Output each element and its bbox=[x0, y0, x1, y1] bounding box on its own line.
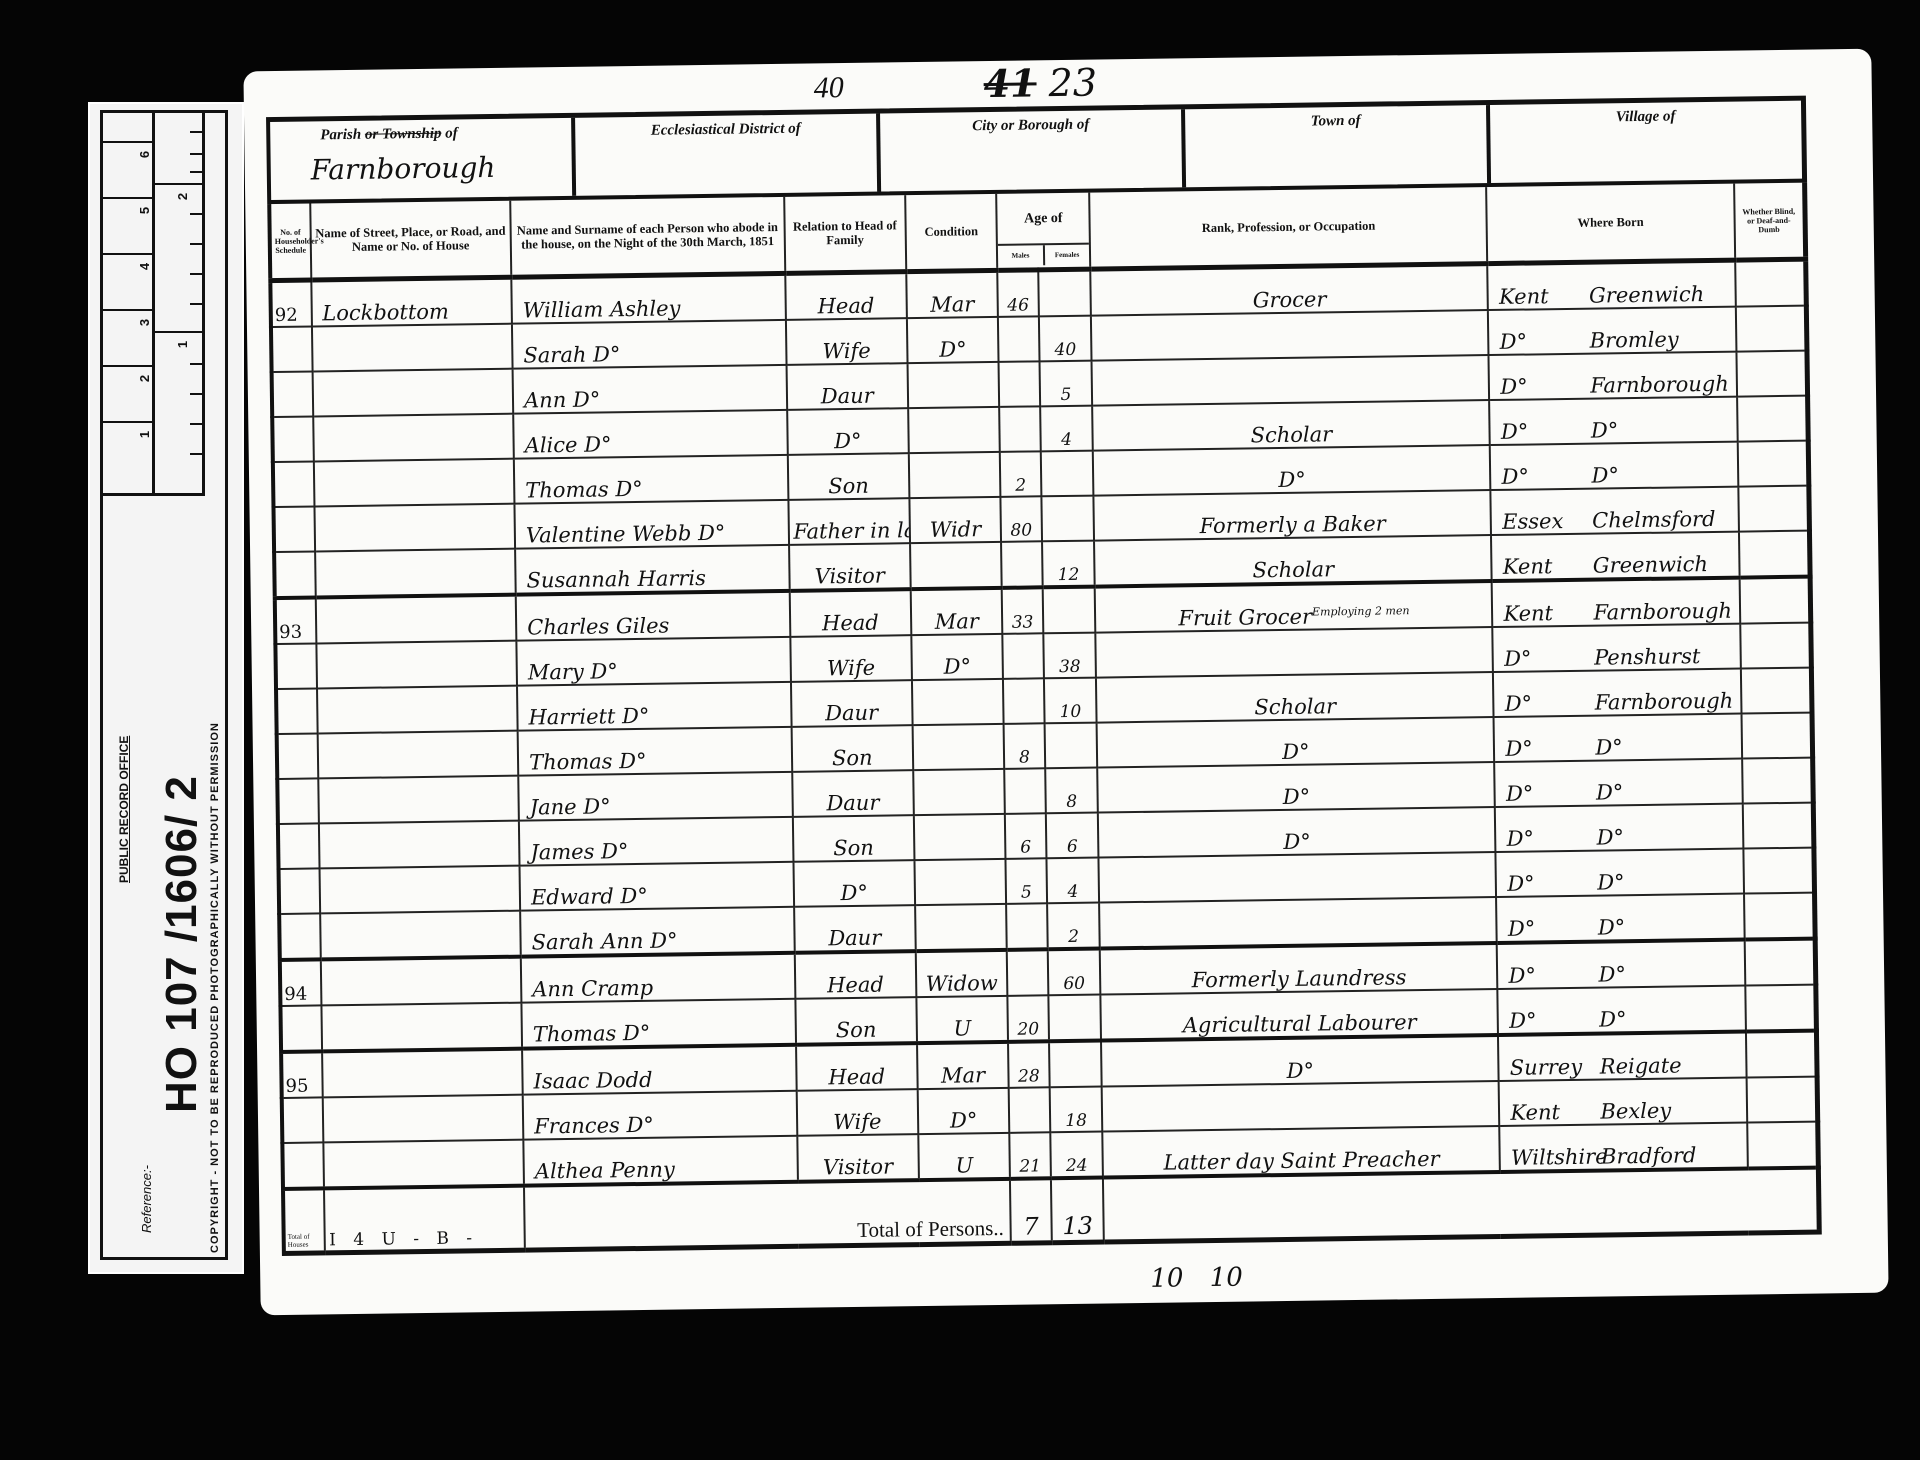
row-street bbox=[317, 686, 518, 734]
row-blind bbox=[1735, 306, 1807, 352]
row-street bbox=[320, 911, 521, 960]
row-name: Jane D° bbox=[518, 772, 792, 821]
scale-label: 6 bbox=[137, 151, 152, 158]
row-occupation bbox=[1091, 310, 1489, 361]
row-name: Valentine Webb D° bbox=[514, 500, 788, 549]
row-where-born: D°D° bbox=[1489, 397, 1737, 445]
born-place: D° bbox=[1598, 962, 1626, 986]
born-county: Kent bbox=[1503, 601, 1593, 626]
row-condition bbox=[909, 452, 1001, 498]
village-label: Village of bbox=[1490, 107, 1801, 128]
row-blind bbox=[1746, 1077, 1818, 1123]
ecclesiastical-cell: Ecclesiastical District of bbox=[575, 114, 881, 196]
born-county: D° bbox=[1507, 871, 1597, 896]
row-occupation bbox=[1099, 852, 1497, 903]
born-county: D° bbox=[1508, 916, 1598, 941]
row-occupation: Agricultural Labourer bbox=[1101, 989, 1499, 1041]
born-county: Kent bbox=[1510, 1100, 1600, 1125]
row-schedule bbox=[280, 1005, 321, 1052]
col-condition: Condition bbox=[905, 194, 997, 272]
row-schedule bbox=[272, 416, 313, 462]
born-county: Kent bbox=[1499, 284, 1589, 309]
row-relation: Son bbox=[792, 815, 914, 862]
row-condition bbox=[914, 814, 1006, 860]
row-occupation: Formerly a Baker bbox=[1094, 490, 1492, 541]
reference-code: HO 107 /1606/ 2 bbox=[157, 775, 207, 1113]
col-age: Age of Males Females bbox=[996, 193, 1090, 271]
village-cell: Village of bbox=[1490, 101, 1802, 183]
row-relation: Son bbox=[787, 453, 909, 500]
row-relation: Head bbox=[794, 951, 916, 999]
row-occupation bbox=[1102, 1081, 1500, 1132]
row-condition bbox=[913, 724, 1005, 770]
parish-label-struck: or Township bbox=[365, 126, 442, 143]
row-street bbox=[311, 324, 512, 372]
row-female-age bbox=[1041, 496, 1094, 542]
cm-scale: 6 5 4 3 2 1 bbox=[103, 113, 155, 493]
row-occupation: Formerly Laundress bbox=[1100, 943, 1498, 995]
row-relation: Daur bbox=[786, 363, 908, 410]
ecclesiastical-label: Ecclesiastical District of bbox=[575, 120, 876, 141]
scale-label: 5 bbox=[137, 207, 152, 214]
row-where-born: WiltshireBradford bbox=[1500, 1123, 1748, 1172]
parish-label-of: of bbox=[445, 125, 458, 141]
row-schedule bbox=[278, 823, 319, 869]
col-street: Name of Street, Place, or Road, and Name… bbox=[310, 201, 512, 280]
occupation-note: Employing 2 men bbox=[1312, 604, 1410, 618]
born-place: D° bbox=[1591, 418, 1619, 442]
row-female-age: 6 bbox=[1046, 813, 1099, 859]
born-place: D° bbox=[1596, 780, 1624, 804]
occupation-text: Latter day Saint Preacher bbox=[1163, 1147, 1439, 1175]
row-name: Susannah Harris bbox=[515, 545, 789, 595]
row-name: Althea Penny bbox=[523, 1136, 797, 1186]
row-condition: Mar bbox=[917, 1042, 1009, 1089]
col-name: Name and Surname of each Person who abod… bbox=[510, 197, 785, 277]
total-males: 7 bbox=[1010, 1178, 1051, 1243]
row-blind bbox=[1736, 351, 1808, 397]
born-county: Kent bbox=[1503, 554, 1593, 579]
row-relation: Son bbox=[795, 997, 917, 1045]
row-condition bbox=[915, 859, 1007, 905]
col-occupation: Rank, Profession, or Occupation bbox=[1090, 187, 1488, 269]
row-relation: Daur bbox=[794, 905, 916, 953]
born-county: D° bbox=[1505, 736, 1595, 761]
occupation-text: D° bbox=[1283, 785, 1311, 809]
row-female-age: 8 bbox=[1045, 768, 1098, 814]
row-relation: Head bbox=[785, 272, 907, 320]
row-male-age: 21 bbox=[1009, 1132, 1050, 1179]
row-where-born: SurreyReigate bbox=[1498, 1032, 1746, 1081]
born-county: D° bbox=[1500, 374, 1590, 399]
row-condition bbox=[915, 904, 1007, 951]
row-occupation: Scholar bbox=[1096, 672, 1494, 723]
houses-label: Total of Houses bbox=[283, 1188, 324, 1253]
tally-marks: 10 10 bbox=[1150, 1263, 1243, 1294]
born-county: D° bbox=[1501, 464, 1591, 489]
row-occupation: D° bbox=[1098, 762, 1496, 813]
row-where-born: KentFarnborough bbox=[1492, 578, 1740, 627]
born-place: Penshurst bbox=[1594, 644, 1701, 669]
row-street bbox=[315, 549, 516, 598]
row-where-born: D°D° bbox=[1498, 986, 1746, 1035]
row-female-age: 2 bbox=[1047, 903, 1100, 950]
row-name: Edward D° bbox=[520, 862, 794, 911]
born-county: D° bbox=[1500, 329, 1590, 354]
row-street bbox=[318, 776, 519, 824]
row-blind bbox=[1738, 531, 1810, 578]
row-schedule bbox=[272, 371, 313, 417]
row-male-age bbox=[1009, 1087, 1050, 1133]
row-street: Lockbottom bbox=[311, 277, 512, 326]
row-name: Sarah D° bbox=[512, 320, 786, 369]
census-table: No. of Householder's Schedule Name of St… bbox=[267, 183, 1822, 1256]
row-name: Charles Giles bbox=[516, 591, 790, 641]
row-male-age: 80 bbox=[1001, 496, 1042, 542]
row-street bbox=[316, 641, 517, 689]
row-male-age: 28 bbox=[1008, 1041, 1049, 1088]
row-occupation: Scholar bbox=[1094, 535, 1492, 587]
row-where-born: KentGreenwich bbox=[1491, 532, 1739, 581]
born-county: D° bbox=[1508, 963, 1598, 988]
occupation-text: Formerly Laundress bbox=[1192, 965, 1407, 992]
row-occupation bbox=[1092, 355, 1490, 406]
occupation-text: Agricultural Labourer bbox=[1183, 1010, 1417, 1037]
scale-label: 1 bbox=[175, 341, 190, 348]
row-schedule bbox=[279, 868, 320, 914]
row-schedule bbox=[282, 1097, 323, 1143]
row-schedule bbox=[282, 1142, 323, 1189]
parish-label: Parish bbox=[320, 127, 361, 144]
row-where-born: D°D° bbox=[1490, 442, 1738, 490]
row-street bbox=[313, 414, 514, 462]
born-county: D° bbox=[1501, 419, 1591, 444]
row-street bbox=[317, 731, 518, 779]
parish-cell: Parish or Township of Farnborough bbox=[270, 118, 576, 200]
row-condition bbox=[908, 407, 1000, 453]
row-male-age: 8 bbox=[1004, 723, 1045, 769]
occupation-text: D° bbox=[1286, 1059, 1314, 1083]
row-street bbox=[322, 1095, 523, 1143]
row-condition: D° bbox=[907, 317, 999, 363]
born-place: D° bbox=[1595, 735, 1623, 759]
reference-strip: 6 5 4 3 2 1 2 1 PUBLIC RECORD OFFICE Ref… bbox=[88, 102, 244, 1274]
born-place: D° bbox=[1596, 825, 1624, 849]
row-relation: D° bbox=[793, 860, 915, 907]
row-condition: Mar bbox=[911, 588, 1003, 635]
row-schedule bbox=[275, 643, 316, 689]
occupation-text: Formerly a Baker bbox=[1199, 512, 1385, 539]
inch-scale: 2 1 bbox=[155, 113, 205, 493]
row-blind bbox=[1743, 848, 1815, 894]
city-label: City or Borough of bbox=[880, 115, 1181, 136]
row-where-born: D°D° bbox=[1495, 759, 1743, 807]
row-female-age: 4 bbox=[1040, 406, 1093, 452]
col-blind: Whether Blind, or Deaf-and-Dumb bbox=[1734, 183, 1806, 260]
row-occupation: Grocer bbox=[1091, 264, 1489, 316]
row-name: Alice D° bbox=[513, 410, 787, 459]
row-blind bbox=[1742, 758, 1814, 804]
born-place: Greenwich bbox=[1593, 552, 1708, 578]
parish-value: Farnborough bbox=[311, 151, 496, 187]
census-rows: 92LockbottomWilliam AshleyHeadMar46Groce… bbox=[270, 259, 1818, 1189]
row-occupation: D° bbox=[1097, 717, 1495, 768]
row-relation: Head bbox=[796, 1043, 918, 1091]
folio-struck: 41 bbox=[983, 60, 1037, 106]
row-female-age: 18 bbox=[1049, 1087, 1102, 1133]
row-name: Frances D° bbox=[523, 1091, 797, 1140]
row-relation: Head bbox=[789, 589, 911, 637]
row-blind bbox=[1747, 1122, 1819, 1169]
row-blind bbox=[1740, 668, 1812, 714]
row-male-age bbox=[998, 316, 1039, 362]
row-male-age bbox=[1004, 768, 1045, 814]
row-blind bbox=[1735, 259, 1807, 306]
born-county: Surrey bbox=[1510, 1055, 1600, 1080]
row-occupation: Fruit GrocerEmploying 2 men bbox=[1095, 581, 1493, 633]
row-name: Harriett D° bbox=[517, 682, 791, 731]
occupation-text: Fruit Grocer bbox=[1178, 605, 1312, 631]
born-place: Greenwich bbox=[1589, 282, 1704, 308]
row-female-age: 12 bbox=[1042, 541, 1095, 588]
row-occupation: Scholar bbox=[1093, 400, 1491, 451]
occupation-text: Grocer bbox=[1253, 287, 1327, 312]
row-condition: U bbox=[918, 1133, 1010, 1180]
row-condition bbox=[913, 769, 1005, 815]
row-name: Ann D° bbox=[513, 365, 787, 414]
row-condition bbox=[910, 542, 1002, 589]
row-condition: U bbox=[916, 996, 1008, 1043]
houses-value: I 4 U - B - bbox=[323, 1186, 524, 1253]
row-female-age bbox=[1042, 587, 1095, 634]
row-street bbox=[312, 369, 513, 417]
row-schedule bbox=[277, 733, 318, 779]
row-blind bbox=[1745, 985, 1817, 1032]
row-blind bbox=[1744, 893, 1816, 940]
born-place: Bradford bbox=[1601, 1143, 1697, 1168]
row-schedule: 92 bbox=[270, 280, 311, 327]
row-condition: Mar bbox=[906, 270, 998, 318]
born-county: D° bbox=[1509, 1008, 1599, 1033]
born-county: D° bbox=[1506, 826, 1596, 851]
row-street bbox=[322, 1049, 523, 1098]
copyright-notice: COPYRIGHT - NOT TO BE REPRODUCED PHOTOGR… bbox=[209, 722, 221, 1253]
occupation-text: Scholar bbox=[1254, 694, 1336, 719]
row-where-born: KentBexley bbox=[1499, 1078, 1747, 1126]
row-female-age bbox=[1038, 269, 1091, 316]
row-female-age: 5 bbox=[1039, 361, 1092, 407]
row-name: Isaac Dodd bbox=[522, 1045, 796, 1095]
row-condition bbox=[908, 362, 1000, 408]
row-female-age: 10 bbox=[1044, 678, 1097, 724]
occupation-text: D° bbox=[1278, 468, 1306, 492]
row-street bbox=[313, 459, 514, 507]
born-county: Wiltshire bbox=[1511, 1145, 1601, 1170]
row-female-age: 60 bbox=[1047, 949, 1100, 996]
col-females: Females bbox=[1045, 245, 1090, 266]
city-cell: City or Borough of bbox=[880, 109, 1186, 191]
row-street bbox=[320, 957, 521, 1006]
row-male-age bbox=[1001, 541, 1042, 588]
row-blind bbox=[1741, 713, 1813, 759]
tally-females: 10 bbox=[1209, 1263, 1243, 1293]
scale-label: 4 bbox=[137, 263, 152, 270]
row-female-age: 38 bbox=[1043, 633, 1096, 679]
row-relation: Daur bbox=[790, 680, 912, 727]
row-name: Thomas D° bbox=[521, 999, 795, 1049]
row-occupation: D° bbox=[1101, 1035, 1499, 1087]
row-female-age bbox=[1049, 1041, 1102, 1088]
born-place: Farnborough bbox=[1590, 372, 1729, 398]
row-where-born: D°Farnborough bbox=[1493, 669, 1741, 717]
row-where-born: D°D° bbox=[1496, 894, 1744, 943]
reference-label: Reference:- bbox=[139, 1165, 154, 1233]
row-female-age bbox=[1044, 723, 1097, 769]
row-male-age: 5 bbox=[1006, 858, 1047, 904]
scale-label: 2 bbox=[175, 193, 190, 200]
row-street bbox=[319, 866, 520, 914]
row-male-age: 6 bbox=[1005, 813, 1046, 859]
born-place: Farnborough bbox=[1595, 689, 1734, 715]
row-occupation: D° bbox=[1093, 445, 1491, 496]
row-condition: D° bbox=[918, 1088, 1010, 1134]
row-relation: Wife bbox=[796, 1089, 918, 1136]
row-blind bbox=[1745, 1031, 1817, 1078]
born-county: D° bbox=[1506, 781, 1596, 806]
row-condition: D° bbox=[911, 634, 1003, 680]
row-male-age bbox=[999, 361, 1040, 407]
folio-mark: 40 bbox=[813, 71, 843, 105]
row-where-born: D°D° bbox=[1494, 714, 1742, 762]
town-label: Town of bbox=[1185, 111, 1486, 132]
row-relation: Visitor bbox=[797, 1134, 919, 1182]
scale-label: 3 bbox=[137, 319, 152, 326]
born-place: Farnborough bbox=[1593, 599, 1732, 625]
row-name: Mary D° bbox=[516, 637, 790, 686]
folio-number: 41 23 bbox=[983, 60, 1097, 107]
row-occupation bbox=[1099, 897, 1497, 949]
row-relation: Father in law bbox=[788, 498, 910, 545]
row-female-age: 4 bbox=[1046, 858, 1099, 904]
born-place: Bexley bbox=[1600, 1099, 1671, 1124]
row-schedule bbox=[273, 461, 314, 507]
born-place: D° bbox=[1591, 463, 1619, 487]
row-condition bbox=[912, 679, 1004, 725]
born-place: Bromley bbox=[1590, 327, 1679, 352]
row-blind bbox=[1738, 486, 1810, 532]
row-blind bbox=[1737, 396, 1809, 442]
row-blind bbox=[1742, 803, 1814, 849]
row-condition: Widow bbox=[916, 950, 1008, 997]
row-schedule bbox=[273, 506, 314, 552]
row-street bbox=[314, 504, 515, 552]
occupation-text: D° bbox=[1282, 740, 1310, 764]
col-age-of: Age of bbox=[997, 195, 1089, 246]
born-place: Reigate bbox=[1600, 1053, 1682, 1078]
row-schedule bbox=[277, 778, 318, 824]
row-relation: Wife bbox=[785, 318, 907, 365]
born-place: D° bbox=[1597, 870, 1625, 894]
row-street bbox=[315, 595, 516, 644]
row-where-born: D°Bromley bbox=[1488, 307, 1736, 355]
row-male-age bbox=[1006, 903, 1047, 950]
scale-label: 1 bbox=[137, 431, 152, 438]
row-female-age: 40 bbox=[1039, 316, 1092, 362]
row-blind bbox=[1744, 939, 1816, 986]
folio-value: 23 bbox=[1048, 61, 1097, 106]
born-county: D° bbox=[1505, 691, 1595, 716]
row-occupation: Latter day Saint Preacher bbox=[1103, 1126, 1501, 1178]
born-county: Essex bbox=[1502, 509, 1592, 534]
office-label: PUBLIC RECORD OFFICE bbox=[117, 736, 131, 883]
row-name: Thomas D° bbox=[514, 455, 788, 504]
col-where-born: Where Born bbox=[1487, 184, 1735, 264]
row-street bbox=[323, 1140, 524, 1189]
scale-label: 2 bbox=[137, 375, 152, 382]
row-schedule: 95 bbox=[281, 1051, 322, 1098]
row-schedule bbox=[274, 551, 315, 598]
row-schedule bbox=[279, 913, 320, 960]
row-male-age bbox=[1003, 633, 1044, 679]
tally-males: 10 bbox=[1150, 1263, 1184, 1293]
row-where-born: EssexChelmsford bbox=[1491, 487, 1739, 535]
row-schedule bbox=[276, 688, 317, 734]
row-blind bbox=[1737, 441, 1809, 487]
row-schedule: 94 bbox=[280, 959, 321, 1006]
total-females: 13 bbox=[1051, 1178, 1105, 1243]
col-relation: Relation to Head of Family bbox=[784, 195, 907, 273]
row-relation: D° bbox=[787, 408, 909, 455]
row-blind bbox=[1740, 623, 1812, 669]
row-male-age: 46 bbox=[997, 270, 1038, 317]
row-occupation bbox=[1096, 627, 1494, 678]
row-schedule: 93 bbox=[275, 597, 316, 644]
occupation-text: Scholar bbox=[1252, 557, 1334, 582]
row-relation: Visitor bbox=[789, 543, 911, 591]
persons-label: Total of Persons.. bbox=[524, 1179, 1011, 1250]
row-female-age bbox=[1040, 451, 1093, 497]
row-name: William Ashley bbox=[511, 273, 785, 323]
born-place: D° bbox=[1599, 1007, 1627, 1031]
row-where-born: D°D° bbox=[1495, 804, 1743, 852]
row-female-age bbox=[1048, 995, 1101, 1042]
row-where-born: D°Penshurst bbox=[1493, 624, 1741, 672]
row-female-age: 24 bbox=[1050, 1132, 1103, 1179]
row-male-age: 2 bbox=[1000, 451, 1041, 497]
row-street bbox=[318, 821, 519, 869]
row-name: Ann Cramp bbox=[521, 953, 795, 1003]
row-where-born: D°D° bbox=[1497, 940, 1745, 989]
row-male-age: 33 bbox=[1002, 587, 1043, 634]
row-where-born: D°D° bbox=[1496, 849, 1744, 897]
town-cell: Town of bbox=[1185, 105, 1491, 187]
row-male-age bbox=[1007, 949, 1048, 996]
col-schedule: No. of Householder's Schedule bbox=[269, 204, 311, 281]
census-sheet: Parish or Township of Farnborough Eccles… bbox=[266, 96, 1822, 1256]
row-where-born: D°Farnborough bbox=[1489, 352, 1737, 400]
occupation-text: Scholar bbox=[1250, 422, 1332, 447]
occupation-text: D° bbox=[1283, 830, 1311, 854]
row-male-age bbox=[1003, 678, 1044, 724]
row-relation: Wife bbox=[790, 635, 912, 682]
census-page: 40 41 23 Parish or Township of Farnborou… bbox=[243, 49, 1888, 1316]
row-name: James D° bbox=[519, 817, 793, 866]
born-county: D° bbox=[1504, 646, 1594, 671]
row-where-born: KentGreenwich bbox=[1488, 260, 1736, 310]
col-males: Males bbox=[998, 245, 1045, 266]
row-blind bbox=[1739, 577, 1811, 624]
row-occupation: D° bbox=[1098, 807, 1496, 858]
